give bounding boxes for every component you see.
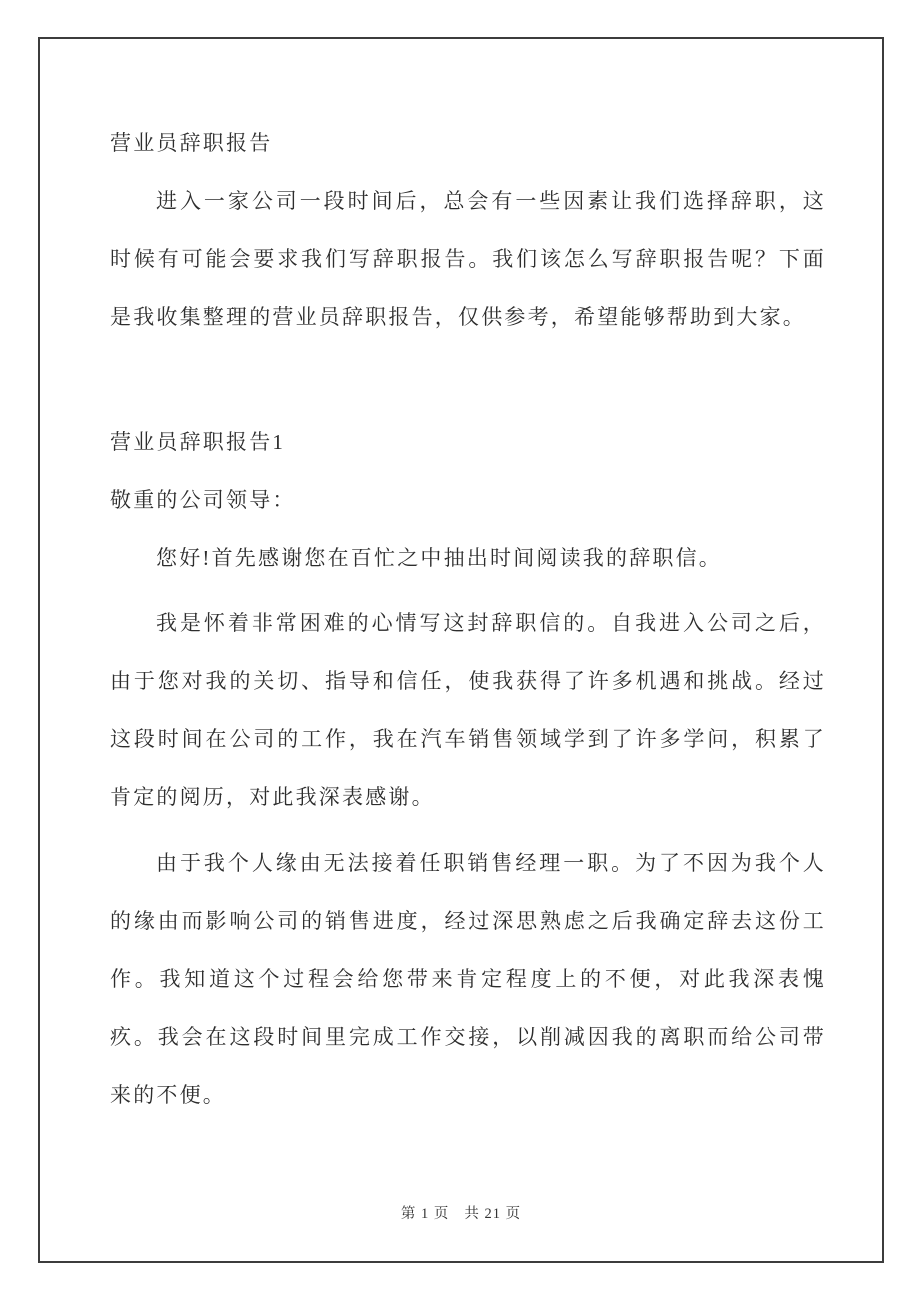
body-paragraph-3: 由于我个人缘由无法接着任职销售经理一职。为了不因为我个人的缘由而影响公司的销售进… [110, 834, 826, 1124]
page-footer: 第 1 页共 21 页 [40, 1204, 882, 1224]
salutation-line: 敬重的公司领导： [110, 471, 826, 529]
body-paragraph-1: 您好!首先感谢您在百忙之中抽出时间阅读我的辞职信。 [110, 529, 826, 587]
document-title: 营业员辞职报告 [110, 114, 826, 172]
page-number-label: 第 1 页 [401, 1206, 450, 1222]
intro-paragraph: 进入一家公司一段时间后，总会有一些因素让我们选择辞职，这时候有可能会要求我们写辞… [110, 172, 826, 346]
document-content: 营业员辞职报告 进入一家公司一段时间后，总会有一些因素让我们选择辞职，这时候有可… [110, 114, 826, 1124]
page-total-label: 共 21 页 [464, 1206, 521, 1222]
document-page: 营业员辞职报告 进入一家公司一段时间后，总会有一些因素让我们选择辞职，这时候有可… [38, 37, 884, 1263]
section-heading: 营业员辞职报告1 [110, 413, 826, 471]
body-paragraph-2: 我是怀着非常困难的心情写这封辞职信的。自我进入公司之后，由于您对我的关切、指导和… [110, 594, 826, 826]
